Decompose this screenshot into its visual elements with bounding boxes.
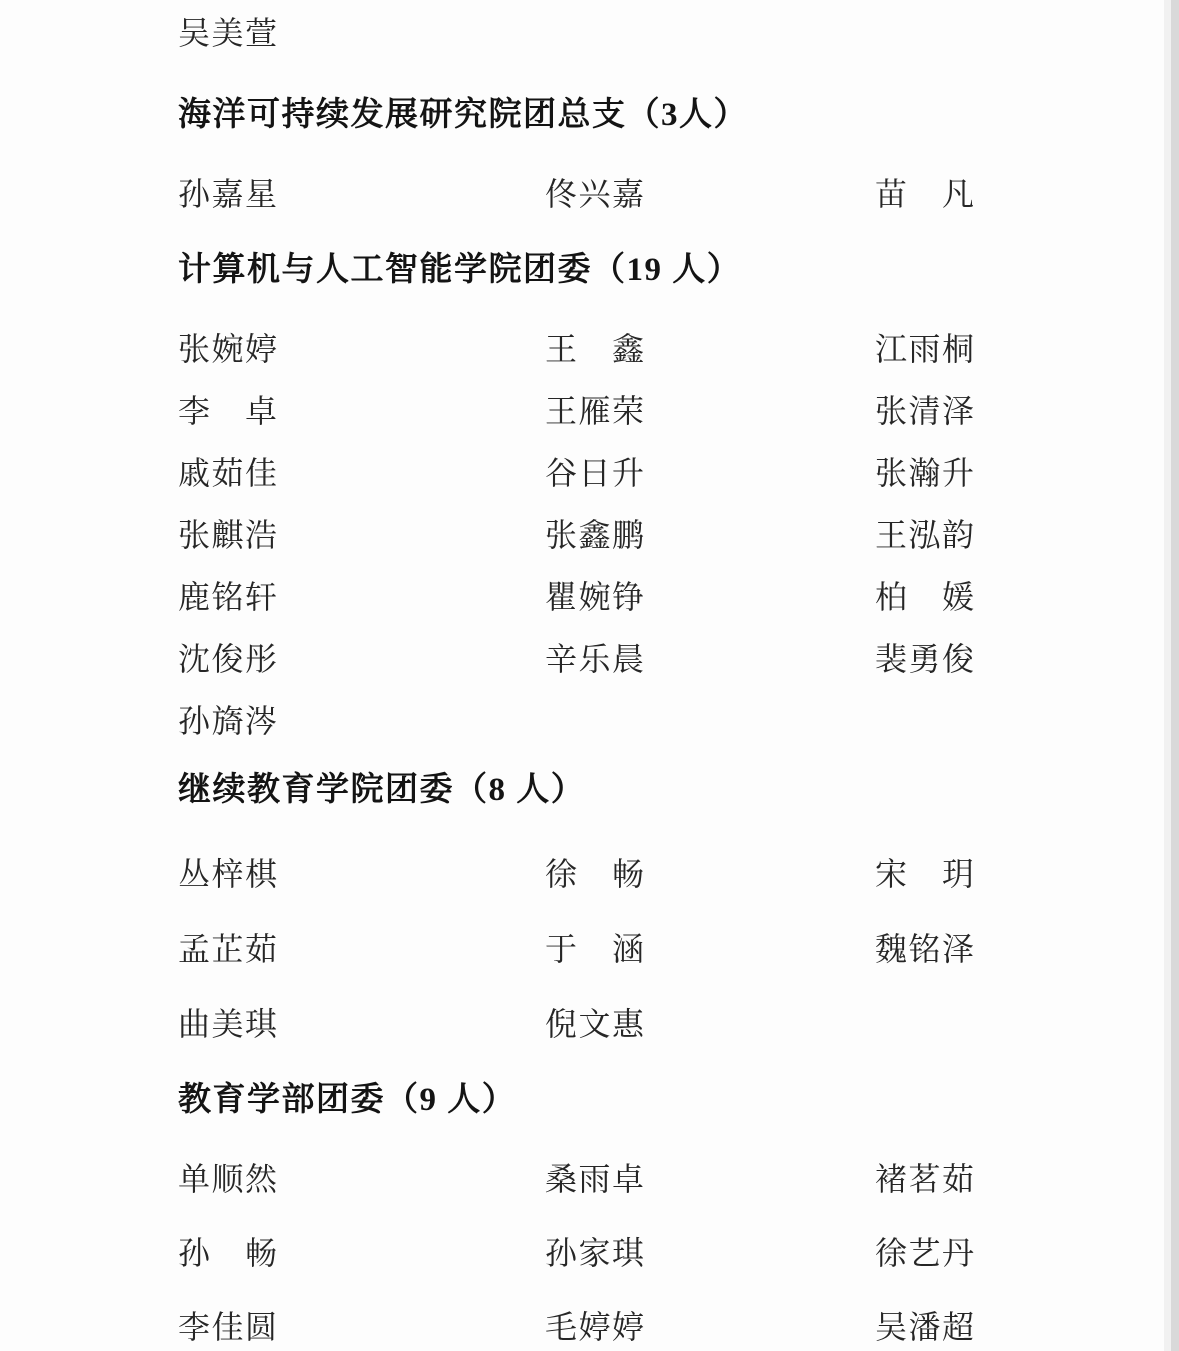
member-name: 孟芷茹 bbox=[178, 930, 545, 968]
member-name: 魏铭泽 bbox=[875, 930, 1108, 968]
name-row: 孙嘉星佟兴嘉苗 凡 bbox=[178, 175, 1108, 213]
name-row: 沈俊彤辛乐晨裴勇俊 bbox=[178, 640, 1108, 678]
member-name: 孙家琪 bbox=[545, 1234, 875, 1272]
member-name: 王泓韵 bbox=[875, 516, 1108, 554]
name-row: 曲美琪倪文惠 bbox=[178, 1005, 1108, 1043]
member-name: 瞿婉铮 bbox=[545, 578, 875, 616]
member-name: 佟兴嘉 bbox=[545, 175, 875, 213]
member-name: 王 鑫 bbox=[545, 330, 875, 368]
member-name: 张婉婷 bbox=[178, 330, 545, 368]
member-name: 桑雨卓 bbox=[545, 1160, 875, 1198]
member-name: 江雨桐 bbox=[875, 330, 1108, 368]
member-name: 宋 玥 bbox=[875, 855, 1108, 893]
member-name: 柏 媛 bbox=[875, 578, 1108, 616]
member-name: 倪文惠 bbox=[545, 1005, 875, 1043]
section-header: 海洋可持续发展研究院团总支（3人） bbox=[178, 95, 1108, 135]
member-name: 辛乐晨 bbox=[545, 640, 875, 678]
member-name: 李 卓 bbox=[178, 392, 545, 430]
member-name: 曲美琪 bbox=[178, 1005, 545, 1043]
member-name: 孙 畅 bbox=[178, 1234, 545, 1272]
member-name: 褚茗茹 bbox=[875, 1160, 1108, 1198]
scan-edge bbox=[1171, 0, 1179, 1351]
member-name: 裴勇俊 bbox=[875, 640, 1108, 678]
member-name: 孙旖涔 bbox=[178, 702, 545, 740]
section-header: 教育学部团委（9 人） bbox=[178, 1080, 1108, 1120]
roster-section: 继续教育学院团委（8 人）丛梓棋徐 畅宋 玥孟芷茹于 涵魏铭泽曲美琪倪文惠 bbox=[178, 770, 1108, 1043]
member-name: 孙嘉星 bbox=[178, 175, 545, 213]
name-row: 戚茹佳谷日升张瀚升 bbox=[178, 454, 1108, 492]
member-name: 张鑫鹏 bbox=[545, 516, 875, 554]
member-name: 王雁荣 bbox=[545, 392, 875, 430]
member-name: 鹿铭轩 bbox=[178, 578, 545, 616]
name-row: 张婉婷王 鑫江雨桐 bbox=[178, 330, 1108, 368]
name-row: 鹿铭轩瞿婉铮柏 媛 bbox=[178, 578, 1108, 616]
member-name: 谷日升 bbox=[545, 454, 875, 492]
member-name: 于 涵 bbox=[545, 930, 875, 968]
member-name: 戚茹佳 bbox=[178, 454, 545, 492]
member-name: 吴潘超 bbox=[875, 1308, 1108, 1346]
member-name: 徐艺丹 bbox=[875, 1234, 1108, 1272]
roster-section: 海洋可持续发展研究院团总支（3人）孙嘉星佟兴嘉苗 凡 bbox=[178, 95, 1108, 213]
roster-section: 吴美萱 bbox=[178, 14, 1108, 52]
name-row: 丛梓棋徐 畅宋 玥 bbox=[178, 855, 1108, 893]
member-name: 徐 畅 bbox=[545, 855, 875, 893]
name-row: 李 卓王雁荣张清泽 bbox=[178, 392, 1108, 430]
member-name: 毛婷婷 bbox=[545, 1308, 875, 1346]
name-row: 张麒浩张鑫鹏王泓韵 bbox=[178, 516, 1108, 554]
name-row: 孙旖涔 bbox=[178, 702, 1108, 740]
document-page: 吴美萱海洋可持续发展研究院团总支（3人）孙嘉星佟兴嘉苗 凡计算机与人工智能学院团… bbox=[178, 14, 1108, 1346]
member-name: 沈俊彤 bbox=[178, 640, 545, 678]
section-header: 计算机与人工智能学院团委（19 人） bbox=[178, 250, 1108, 290]
member-name: 苗 凡 bbox=[875, 175, 1108, 213]
roster-section: 计算机与人工智能学院团委（19 人）张婉婷王 鑫江雨桐李 卓王雁荣张清泽戚茹佳谷… bbox=[178, 250, 1108, 740]
member-name: 李佳圆 bbox=[178, 1308, 545, 1346]
member-name: 吴美萱 bbox=[178, 14, 545, 52]
name-row: 单顺然桑雨卓褚茗茹 bbox=[178, 1160, 1108, 1198]
name-row: 吴美萱 bbox=[178, 14, 1108, 52]
section-header: 继续教育学院团委（8 人） bbox=[178, 770, 1108, 810]
name-row: 孟芷茹于 涵魏铭泽 bbox=[178, 930, 1108, 968]
member-name: 丛梓棋 bbox=[178, 855, 545, 893]
name-row: 孙 畅孙家琪徐艺丹 bbox=[178, 1234, 1108, 1272]
scan-edge-shadow bbox=[1164, 0, 1171, 1351]
member-name: 张麒浩 bbox=[178, 516, 545, 554]
member-name: 张瀚升 bbox=[875, 454, 1108, 492]
member-name: 单顺然 bbox=[178, 1160, 545, 1198]
member-name: 张清泽 bbox=[875, 392, 1108, 430]
name-row: 李佳圆毛婷婷吴潘超 bbox=[178, 1308, 1108, 1346]
roster-section: 教育学部团委（9 人）单顺然桑雨卓褚茗茹孙 畅孙家琪徐艺丹李佳圆毛婷婷吴潘超 bbox=[178, 1080, 1108, 1346]
